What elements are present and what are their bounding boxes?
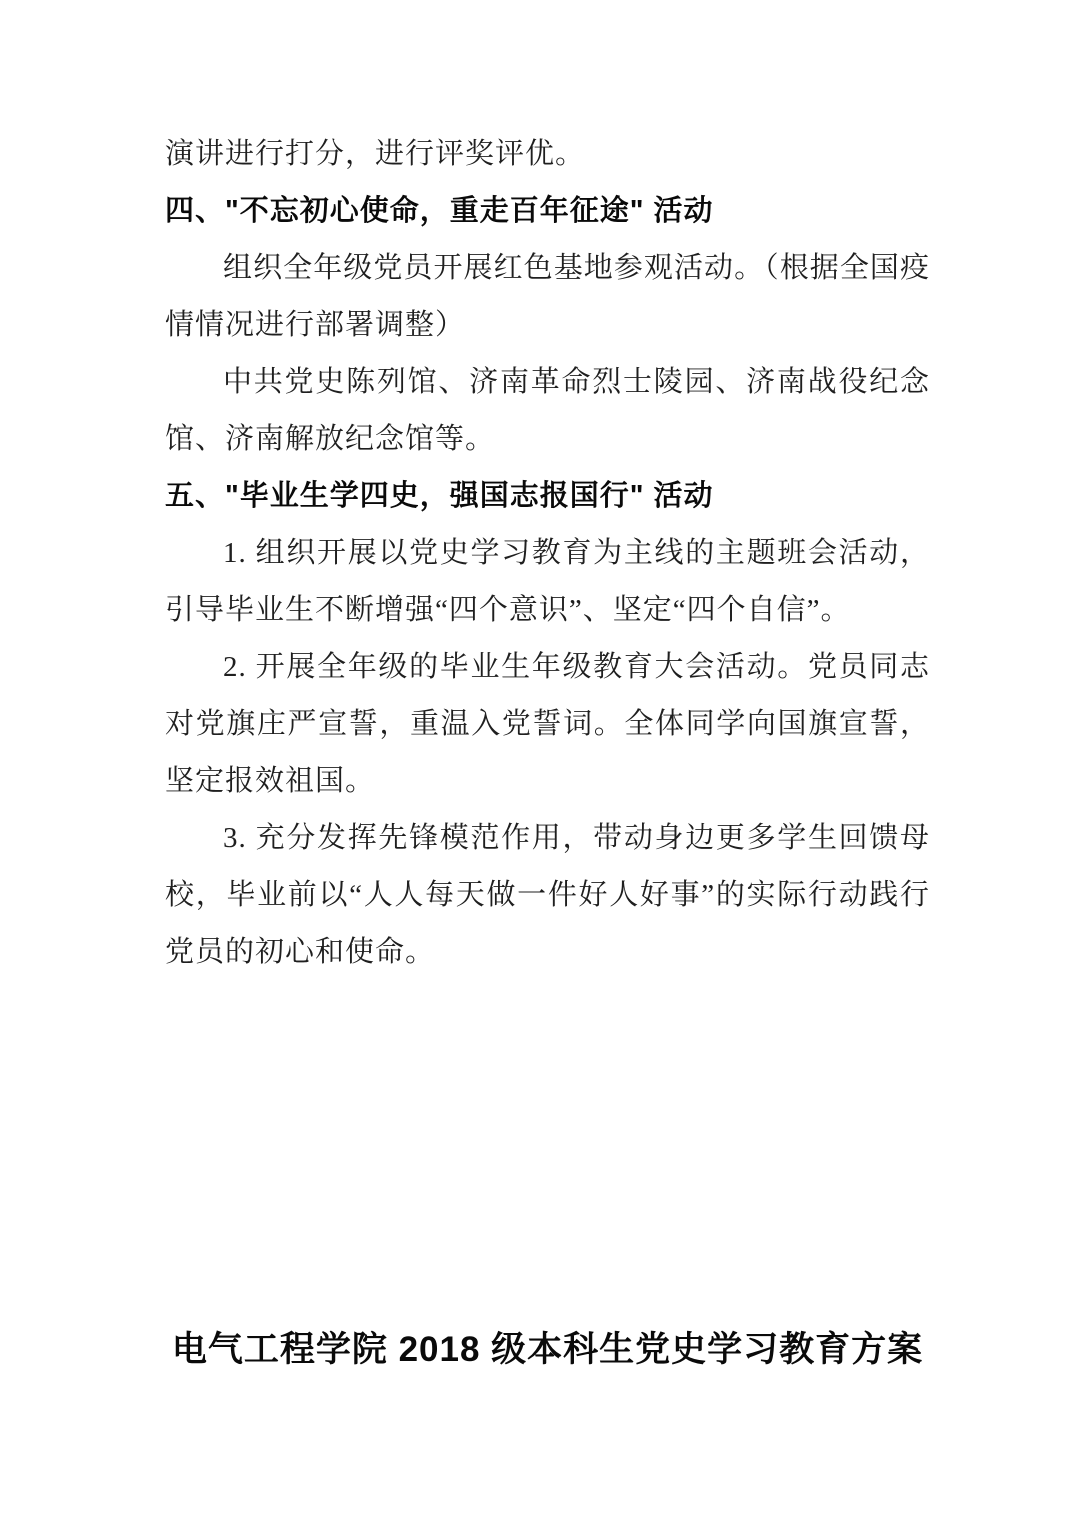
section-heading-4: 四、"不忘初心使命，重走百年征途" 活动 [165, 183, 930, 240]
body-paragraph-item-1: 1. 组织开展以党史学习教育为主线的主题班会活动，引导毕业生不断增强“四个意识”… [165, 525, 930, 639]
next-section-title: 电气工程学院 2018 级本科生党史学习教育方案 [165, 1321, 930, 1378]
body-paragraph-item-3: 3. 充分发挥先锋模范作用，带动身边更多学生回馈母校，毕业前以“人人每天做一件好… [165, 810, 930, 981]
section-heading-5: 五、"毕业生学四史，强国志报国行" 活动 [165, 468, 930, 525]
body-paragraph-item-2: 2. 开展全年级的毕业生年级教育大会活动。党员同志对党旗庄严宣誓，重温入党誓词。… [165, 639, 930, 810]
document-page: 演讲进行打分，进行评奖评优。 四、"不忘初心使命，重走百年征途" 活动 组织全年… [0, 0, 1080, 1528]
body-paragraph-continuation: 演讲进行打分，进行评奖评优。 [165, 126, 930, 183]
body-paragraph-red-base-visit: 组织全年级党员开展红色基地参观活动。（根据全国疫情情况进行部署调整） [165, 240, 930, 354]
body-paragraph-memorial-sites: 中共党史陈列馆、济南革命烈士陵园、济南战役纪念馆、济南解放纪念馆等。 [165, 354, 930, 468]
